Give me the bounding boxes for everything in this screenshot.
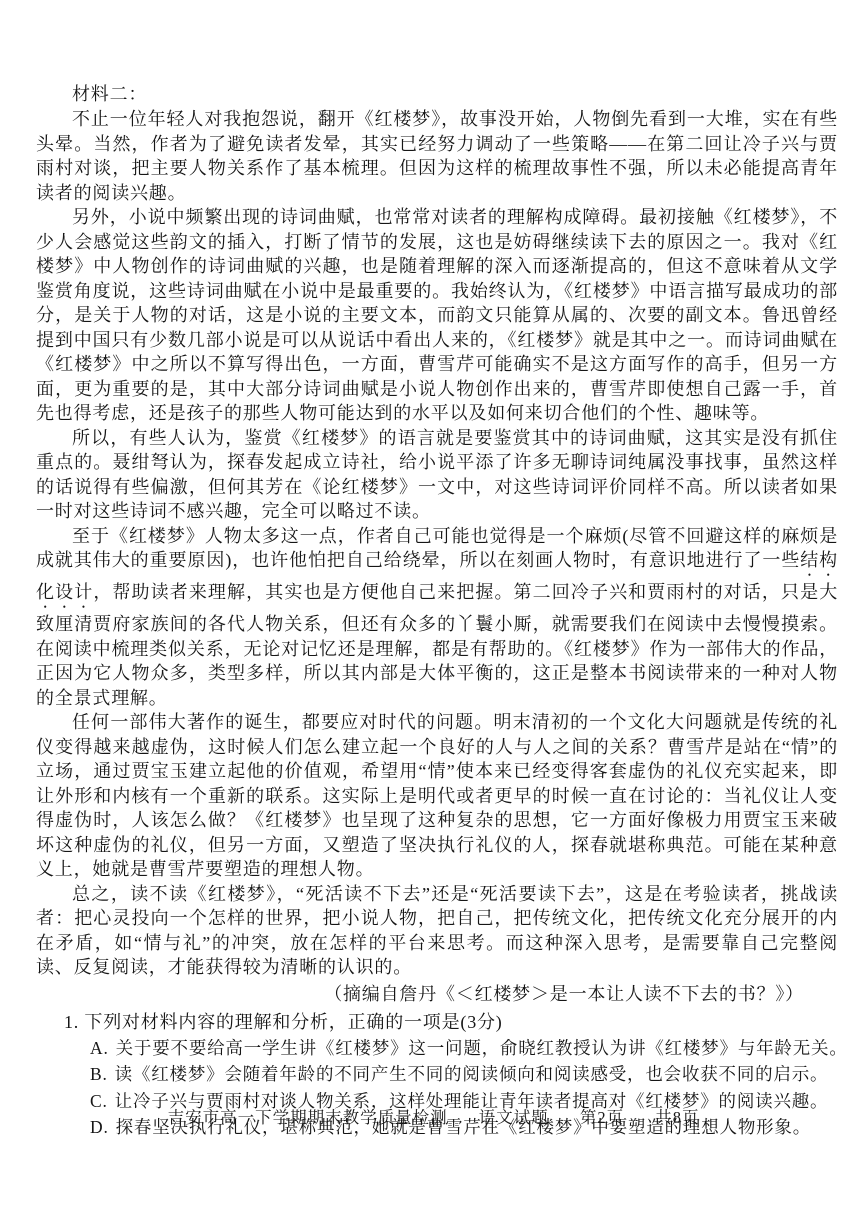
question-1-option-a: A.关于要不要给高一学生讲《红楼梦》这一问题，俞晓红教授认为讲《红楼梦》与年龄无… bbox=[36, 1035, 838, 1062]
footer-subject: 语文试题 bbox=[479, 1104, 549, 1128]
footer-total-pages: 共8页 bbox=[655, 1104, 699, 1128]
paragraph-4-pre: 至于《红楼梦》人物太多这一点，作者自己可能也觉得是一个麻烦(尽管不回避这样的麻烦… bbox=[36, 526, 838, 571]
paragraph-4-post: ，帮助读者来理解，其实也是方便他自己来把握。第二回冷子兴和贾雨村的对话，只是大致… bbox=[36, 582, 838, 708]
exam-paper-page: 材料二： 不止一位年轻人对我抱怨说，翻开《红楼梦》，故事没开始，人物倒先看到一大… bbox=[0, 0, 867, 1228]
material-paragraph-5: 任何一部伟大著作的诞生，都要应对时代的问题。明末清初的一个文化大问题就是传统的礼… bbox=[36, 710, 838, 882]
question-1-option-b: B.读《红楼梦》会随着年龄的不同产生不同的阅读倾向和阅读感受，也会收获不同的启示… bbox=[36, 1061, 838, 1088]
source-citation: （摘编自詹丹《＜红楼梦＞是一本让人读不下去的书？》） bbox=[36, 981, 838, 1007]
option-a-text: 关于要不要给高一学生讲《红楼梦》这一问题，俞晓红教授认为讲《红楼梦》与年龄无关。 bbox=[116, 1038, 848, 1058]
footer-exam-title: 吉安市高一下学期期末教学质量检测 bbox=[168, 1104, 448, 1128]
material-two-section: 材料二： 不止一位年轻人对我抱怨说，翻开《红楼梦》，故事没开始，人物倒先看到一大… bbox=[36, 82, 838, 1141]
page-footer: 吉安市高一下学期期末教学质量检测 语文试题 第2页 共8页 bbox=[0, 1104, 867, 1128]
material-two-heading: 材料二： bbox=[36, 82, 838, 107]
option-b-text: 读《红楼梦》会随着年龄的不同产生不同的阅读倾向和阅读感受，也会收获不同的启示。 bbox=[115, 1064, 829, 1084]
material-paragraph-4: 至于《红楼梦》人物太多这一点，作者自己可能也觉得是一个麻烦(尽管不回避这样的麻烦… bbox=[36, 524, 838, 711]
material-paragraph-3: 所以，有些人认为，鉴赏《红楼梦》的语言就是要鉴赏其中的诗词曲赋，这其实是没有抓住… bbox=[36, 426, 838, 524]
material-paragraph-6: 总之，读不读《红楼梦》，“死活读不下去”还是“死活要读下去”，这是在考验读者，挑… bbox=[36, 882, 838, 980]
material-paragraph-2: 另外，小说中频繁出现的诗词曲赋，也常常对读者的理解构成障碍。最初接触《红楼梦》，… bbox=[36, 205, 838, 426]
material-paragraph-1: 不止一位年轻人对我抱怨说，翻开《红楼梦》，故事没开始，人物倒先看到一大堆，实在有… bbox=[36, 107, 838, 205]
question-1-stem: 1. 下列对材料内容的理解和分析，正确的一项是(3分) bbox=[36, 1009, 838, 1035]
option-a-label: A. bbox=[90, 1038, 109, 1058]
footer-page-number: 第2页 bbox=[580, 1104, 624, 1128]
option-b-label: B. bbox=[90, 1064, 108, 1084]
